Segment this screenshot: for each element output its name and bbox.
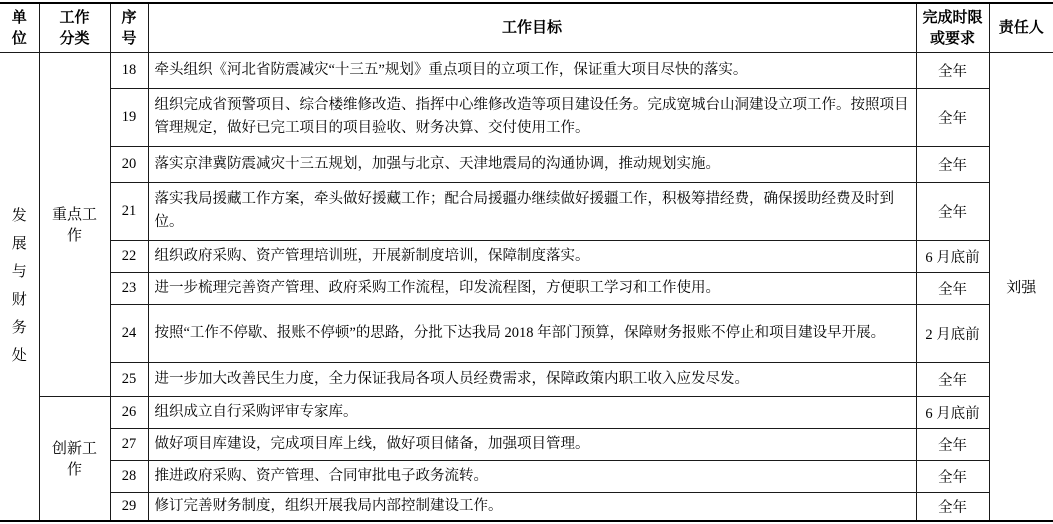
row-goal: 进一步梳理完善资产管理、政府采购工作流程，印发流程图，方便职工学习和工作使用。 [148,272,916,304]
table-row: 20 落实京津冀防震减灾十三五规划，加强与北京、天津地震局的沟通协调，推动规划实… [0,146,1053,182]
table-row: 29 修订完善财务制度，组织开展我局内部控制建设工作。 全年 [0,492,1053,521]
table-row: 27 做好项目库建设，完成项目库上线，做好项目储备，加强项目管理。 全年 [0,428,1053,460]
unit-name: 发展与财务处 [11,202,27,370]
row-goal: 推进政府采购、资产管理、合同审批电子政务流转。 [148,460,916,492]
table-row: 19 组织完成省预警项目、综合楼维修改造、指挥中心维修改造等项目建设任务。完成宽… [0,88,1053,146]
table-row: 22 组织政府采购、资产管理培训班，开展新制度培训，保障制度落实。 6 月底前 [0,240,1053,272]
table-row: 发展与财务处 重点工作 18 牵头组织《河北省防震减灾“十三五”规划》重点项目的… [0,52,1053,88]
row-goal: 落实我局援藏工作方案，牵头做好援藏工作；配合局援疆办继续做好援疆工作，积极筹措经… [148,182,916,240]
row-no: 28 [110,460,148,492]
row-deadline: 全年 [916,492,989,521]
row-no: 21 [110,182,148,240]
row-goal: 组织完成省预警项目、综合楼维修改造、指挥中心维修改造等项目建设任务。完成宽城台山… [148,88,916,146]
row-deadline: 全年 [916,272,989,304]
row-goal: 牵头组织《河北省防震减灾“十三五”规划》重点项目的立项工作，保证重大项目尽快的落… [148,52,916,88]
table-row: 23 进一步梳理完善资产管理、政府采购工作流程，印发流程图，方便职工学习和工作使… [0,272,1053,304]
row-no: 25 [110,362,148,396]
category-cell-innovation: 创新工作 [39,396,110,521]
unit-cell: 发展与财务处 [0,52,39,521]
row-goal: 修订完善财务制度，组织开展我局内部控制建设工作。 [148,492,916,521]
header-no: 序号 [110,3,148,52]
row-deadline: 全年 [916,182,989,240]
row-no: 18 [110,52,148,88]
table-row: 28 推进政府采购、资产管理、合同审批电子政务流转。 全年 [0,460,1053,492]
row-no: 20 [110,146,148,182]
table-row: 24 按照“工作不停歇、报账不停顿”的思路，分批下达我局 2018 年部门预算，… [0,304,1053,362]
row-deadline: 6 月底前 [916,396,989,428]
row-deadline: 全年 [916,146,989,182]
row-deadline: 全年 [916,460,989,492]
row-no: 26 [110,396,148,428]
row-deadline: 全年 [916,88,989,146]
row-no: 29 [110,492,148,521]
header-category: 工作 分类 [39,3,110,52]
row-deadline: 全年 [916,428,989,460]
row-deadline: 6 月底前 [916,240,989,272]
header-owner: 责任人 [989,3,1053,52]
row-no: 24 [110,304,148,362]
row-goal: 组织政府采购、资产管理培训班，开展新制度培训，保障制度落实。 [148,240,916,272]
category-cell-key-work: 重点工作 [39,52,110,396]
row-deadline: 2 月底前 [916,304,989,362]
row-no: 19 [110,88,148,146]
row-goal: 按照“工作不停歇、报账不停顿”的思路，分批下达我局 2018 年部门预算，保障财… [148,304,916,362]
row-deadline: 全年 [916,362,989,396]
owner-cell: 刘强 [989,52,1053,521]
table-header-row: 单位 工作 分类 序号 工作目标 完成时限或要求 责任人 [0,3,1053,52]
work-plan-table: 单位 工作 分类 序号 工作目标 完成时限或要求 责任人 发展与财务处 重点工作… [0,2,1053,522]
row-goal: 落实京津冀防震减灾十三五规划，加强与北京、天津地震局的沟通协调，推动规划实施。 [148,146,916,182]
table-row: 25 进一步加大改善民生力度，全力保证我局各项人员经费需求，保障政策内职工收入应… [0,362,1053,396]
row-goal: 进一步加大改善民生力度，全力保证我局各项人员经费需求，保障政策内职工收入应发尽发… [148,362,916,396]
header-goal: 工作目标 [148,3,916,52]
table-row: 创新工作 26 组织成立自行采购评审专家库。 6 月底前 [0,396,1053,428]
row-no: 27 [110,428,148,460]
document-page: 单位 工作 分类 序号 工作目标 完成时限或要求 责任人 发展与财务处 重点工作… [0,0,1053,524]
row-no: 23 [110,272,148,304]
row-goal: 组织成立自行采购评审专家库。 [148,396,916,428]
header-deadline: 完成时限或要求 [916,3,989,52]
row-goal: 做好项目库建设，完成项目库上线，做好项目储备，加强项目管理。 [148,428,916,460]
row-deadline: 全年 [916,52,989,88]
header-unit: 单位 [0,3,39,52]
row-no: 22 [110,240,148,272]
table-row: 21 落实我局援藏工作方案，牵头做好援藏工作；配合局援疆办继续做好援疆工作，积极… [0,182,1053,240]
